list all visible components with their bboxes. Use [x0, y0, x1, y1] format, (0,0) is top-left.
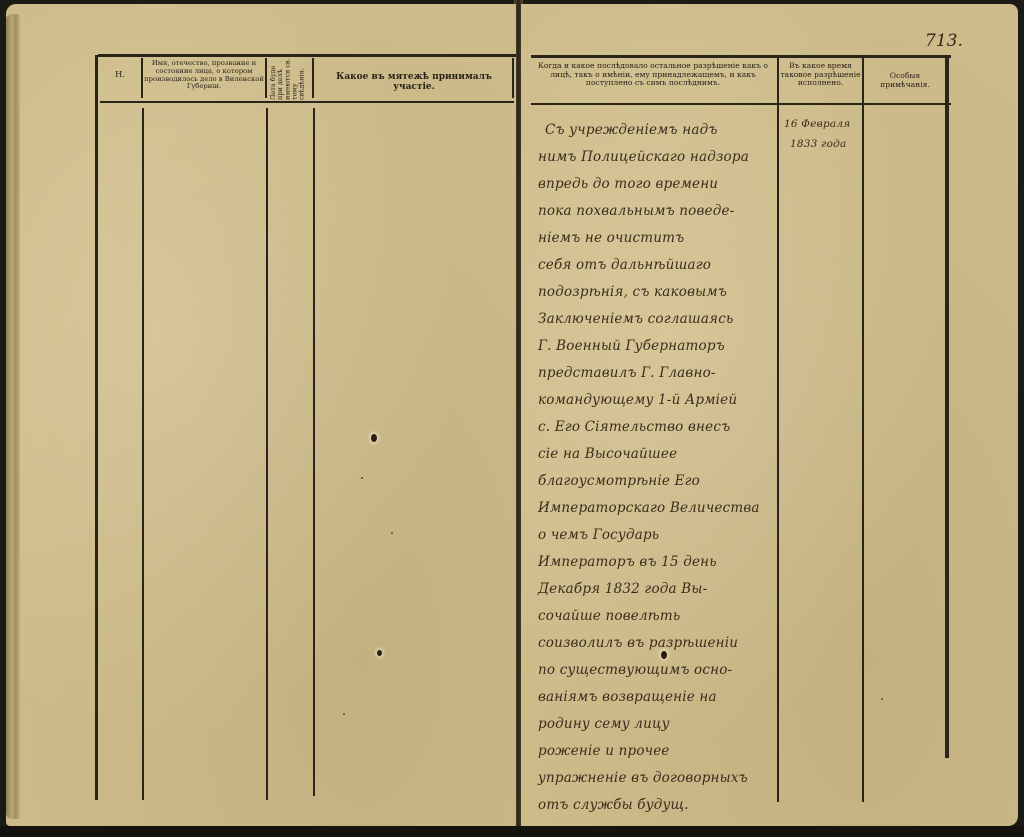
- handwritten-line: сочайше повелѣть: [538, 608, 680, 624]
- page-edges: [6, 14, 20, 819]
- table-right-border: [945, 58, 949, 758]
- col-divider-estate: [312, 58, 314, 98]
- header-resolution: Когда и какое послѣдовало остальное разр…: [531, 62, 775, 88]
- handwritten-line: роженіе и прочее: [538, 743, 670, 759]
- handwritten-line: благоусмотрѣніе Его: [538, 473, 700, 489]
- header-executed: Въ какое время таковое разрѣшеніе исполн…: [780, 62, 861, 88]
- handwritten-line: Декабря 1832 года Вы-: [538, 581, 707, 597]
- col-divider-executed: [862, 58, 864, 802]
- handwritten-line: представилъ Г. Главно-: [538, 365, 716, 381]
- handwritten-line: Заключеніемъ соглашаясь: [538, 311, 734, 327]
- handwritten-date: 1833 года: [790, 138, 846, 150]
- header-estate: Лета буде при делѣ имеются св. тому свѣд…: [270, 58, 310, 100]
- folio-number: 713.: [925, 31, 963, 51]
- handwritten-line: с. Его Сіятельство внесъ: [538, 419, 730, 435]
- header-number: Н.: [100, 70, 140, 79]
- col-divider-resolution: [777, 58, 779, 802]
- handwritten-line: упражненіе въ договорныхъ: [538, 770, 748, 786]
- header-top-rule-right: [531, 55, 951, 58]
- header-notes: Особыя примѣчанія.: [865, 72, 945, 89]
- header-participation: Какое въ мятежѣ принималъ участіе.: [316, 72, 512, 93]
- header-bottom-rule-right: [531, 103, 951, 105]
- handwritten-line: ніемъ не очиститъ: [538, 230, 684, 246]
- handwritten-line: сіе на Высочайшее: [538, 446, 677, 462]
- col-divider-name-body: [266, 108, 268, 800]
- handwritten-line: по существующимъ осно-: [538, 662, 732, 678]
- header-top-rule-left: [98, 54, 516, 57]
- col-divider-name: [265, 58, 267, 98]
- handwritten-line: себя отъ дальнѣйшаго: [538, 257, 711, 273]
- table-surface: [0, 826, 1024, 837]
- ledger-spread: Н. Имя, отечество, прозвание и состояние…: [0, 0, 1024, 837]
- page-hole: [661, 651, 667, 659]
- handwritten-line: пока похвальнымъ поведе-: [538, 203, 734, 219]
- col-divider-estate-body: [313, 108, 315, 796]
- paper-speck: [391, 532, 393, 534]
- left-page: [6, 4, 516, 826]
- header-name: Имя, отечество, прозвание и состояние ли…: [144, 60, 264, 91]
- col-divider-number-body: [142, 108, 144, 800]
- handwritten-line: родину сему лицу: [538, 716, 670, 732]
- handwritten-line: Г. Военный Губернаторъ: [538, 338, 725, 354]
- page-hole: [377, 650, 382, 656]
- handwritten-line: о чемъ Государь: [538, 527, 659, 543]
- paper-speck: [343, 713, 345, 715]
- handwritten-line: Императорскаго Величества: [538, 500, 760, 516]
- handwritten-line: Императоръ въ 15 день: [538, 554, 717, 570]
- table-left-border: [95, 55, 98, 800]
- header-bottom-rule-left: [100, 101, 514, 103]
- handwritten-line: соизволилъ въ разрѣшеніи: [538, 635, 738, 651]
- handwritten-line: нимъ Полицейскаго надзора: [538, 149, 749, 165]
- page-hole: [371, 434, 377, 442]
- handwritten-line: впредь до того времени: [538, 176, 718, 192]
- handwritten-line: Съ учрежденіемъ надъ: [545, 122, 718, 138]
- handwritten-line: командующему 1-й Арміей: [538, 392, 737, 408]
- handwritten-line: подозрѣнія, съ каковымъ: [538, 284, 727, 300]
- paper-speck: [881, 698, 883, 700]
- handwritten-line: отъ службы будущ.: [538, 797, 689, 813]
- table-right-border-left: [512, 58, 514, 98]
- paper-speck: [361, 477, 363, 479]
- handwritten-line: ваніямъ возвращеніе на: [538, 689, 717, 705]
- handwritten-date: 16 Февраля: [784, 118, 850, 130]
- col-divider-number: [141, 58, 143, 98]
